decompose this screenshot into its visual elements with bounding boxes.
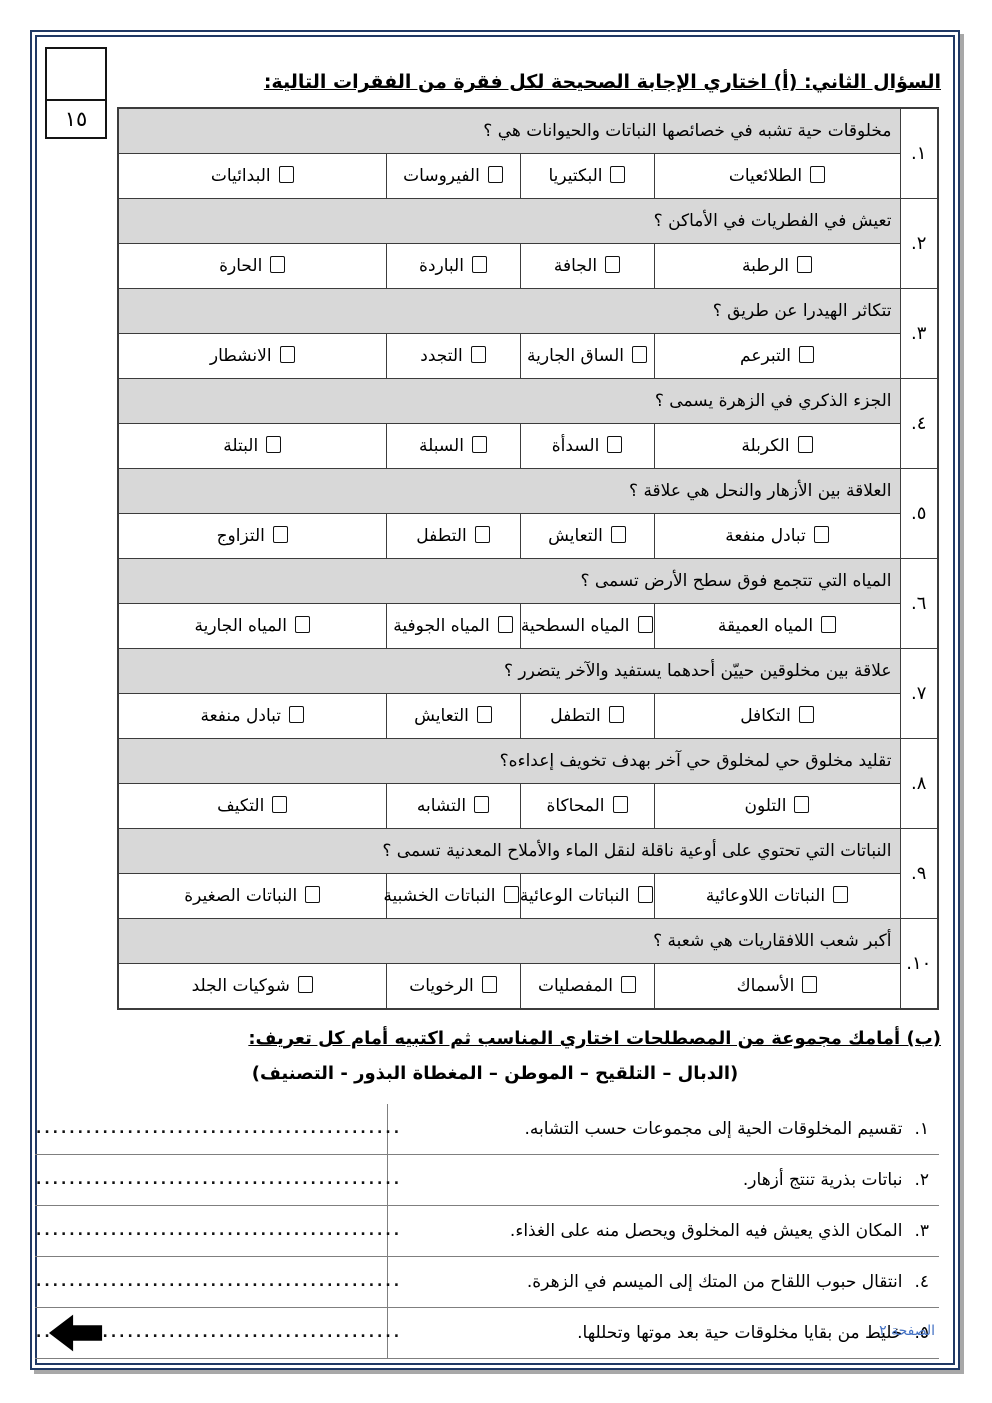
option-cell: المياه الجارية bbox=[118, 604, 386, 649]
score-cell-empty bbox=[45, 47, 107, 101]
option-cell: الجافة bbox=[520, 244, 654, 289]
option-checkbox[interactable] bbox=[272, 796, 287, 813]
question-text: العلاقة بين الأزهار والنحل هي علاقة ؟ bbox=[118, 469, 900, 514]
option-checkbox[interactable] bbox=[273, 526, 288, 543]
option-label: الأسماك bbox=[737, 976, 795, 996]
option-label: البتلة bbox=[223, 436, 258, 456]
option-checkbox[interactable] bbox=[498, 616, 513, 633]
option-cell: التكيف bbox=[118, 784, 386, 829]
option-cell: المياه العميقة bbox=[654, 604, 900, 649]
option-cell: الأسماك bbox=[654, 964, 900, 1010]
option-label: الفيروسات bbox=[403, 166, 480, 186]
option-checkbox[interactable] bbox=[833, 886, 848, 903]
option-cell: شوكيات الجلد bbox=[118, 964, 386, 1010]
question-number: ٦. bbox=[900, 559, 938, 649]
option-cell: التكافل bbox=[654, 694, 900, 739]
option-cell: تبادل منفعة bbox=[118, 694, 386, 739]
option-cell: التعايش bbox=[386, 694, 520, 739]
option-cell: تبادل منفعة bbox=[654, 514, 900, 559]
option-label: المياه السطحية bbox=[521, 616, 630, 636]
option-label: التعايش bbox=[548, 526, 603, 546]
question-text: النباتات التي تحتوي على أوعية ناقلة لنقل… bbox=[118, 829, 900, 874]
option-cell: الكربلة bbox=[654, 424, 900, 469]
exam-page: ١٥ السؤال الثاني: (أ) اختاري الإجابة الص… bbox=[0, 0, 992, 1403]
section-b-title: (ب) أمامك مجموعة من المصطلحات اختاري الم… bbox=[49, 1028, 941, 1049]
option-cell: الانشطار bbox=[118, 334, 386, 379]
option-label: الكربلة bbox=[741, 436, 789, 456]
answer-line[interactable]: ........................................… bbox=[35, 1206, 388, 1257]
option-checkbox[interactable] bbox=[797, 256, 812, 273]
definition-cell: ٣.المكان الذي يعيش فيه المخلوق ويحصل منه… bbox=[388, 1206, 940, 1257]
score-box: ١٥ bbox=[45, 47, 107, 139]
definition-cell: ٢.نباتات بذرية تنتج أزهار. bbox=[388, 1155, 940, 1206]
option-label: الانشطار bbox=[210, 346, 272, 366]
question-number: ٥. bbox=[900, 469, 938, 559]
option-label: السدأة bbox=[552, 436, 600, 456]
option-checkbox[interactable] bbox=[295, 616, 310, 633]
option-cell: التلون bbox=[654, 784, 900, 829]
option-label: التطفل bbox=[416, 526, 466, 546]
option-label: شوكيات الجلد bbox=[192, 976, 290, 996]
question-number: ٤. bbox=[900, 379, 938, 469]
option-cell: التجدد bbox=[386, 334, 520, 379]
option-checkbox[interactable] bbox=[280, 346, 295, 363]
question-text: تتكاثر الهيدرا عن طريق ؟ bbox=[118, 289, 900, 334]
definition-number: ١. bbox=[914, 1119, 929, 1139]
page-frame: ١٥ السؤال الثاني: (أ) اختاري الإجابة الص… bbox=[30, 30, 960, 1370]
option-cell: التطفل bbox=[520, 694, 654, 739]
definition-cell: ١.تقسيم المخلوقات الحية إلى مجموعات حسب … bbox=[388, 1104, 940, 1155]
option-cell: النباتات الخشبية bbox=[386, 874, 520, 919]
option-checkbox[interactable] bbox=[605, 256, 620, 273]
option-checkbox[interactable] bbox=[477, 706, 492, 723]
page-content: ١٥ السؤال الثاني: (أ) اختاري الإجابة الص… bbox=[37, 37, 953, 1363]
option-label: البدائيات bbox=[211, 166, 271, 186]
definition-text: انتقال حبوب اللقاح من المتك إلى الميسم ف… bbox=[527, 1272, 903, 1292]
option-label: المحاكاة bbox=[546, 796, 604, 816]
definition-number: ٢. bbox=[914, 1170, 929, 1190]
definition-number: ٣. bbox=[914, 1221, 929, 1241]
option-cell: البدائيات bbox=[118, 154, 386, 199]
option-cell: الفيروسات bbox=[386, 154, 520, 199]
question-number: ٢. bbox=[900, 199, 938, 289]
question-number: ٩. bbox=[900, 829, 938, 919]
option-checkbox[interactable] bbox=[305, 886, 320, 903]
option-checkbox[interactable] bbox=[279, 166, 294, 183]
option-label: التشابه bbox=[417, 796, 466, 816]
option-checkbox[interactable] bbox=[609, 706, 624, 723]
option-label: النباتات الوعائية bbox=[520, 886, 630, 906]
option-checkbox[interactable] bbox=[475, 526, 490, 543]
option-checkbox[interactable] bbox=[298, 976, 313, 993]
score-cell-total: ١٥ bbox=[45, 101, 107, 139]
option-cell: المحاكاة bbox=[520, 784, 654, 829]
option-cell: التشابه bbox=[386, 784, 520, 829]
option-label: الرخويات bbox=[409, 976, 474, 996]
option-checkbox[interactable] bbox=[810, 166, 825, 183]
option-cell: النباتات الوعائية bbox=[520, 874, 654, 919]
option-checkbox[interactable] bbox=[611, 526, 626, 543]
question-text: مخلوقات حية تشبه في خصائصها النباتات وال… bbox=[118, 108, 900, 154]
option-checkbox[interactable] bbox=[799, 346, 814, 363]
option-label: التلون bbox=[745, 796, 787, 816]
definition-text: خليط من بقايا مخلوقات حية بعد موتها وتحل… bbox=[577, 1323, 902, 1343]
option-cell: الطلائعيات bbox=[654, 154, 900, 199]
option-checkbox[interactable] bbox=[821, 616, 836, 633]
option-cell: التزاوج bbox=[118, 514, 386, 559]
definition-text: نباتات بذرية تنتج أزهار. bbox=[743, 1170, 903, 1190]
answer-line[interactable]: ........................................… bbox=[35, 1104, 388, 1155]
option-label: المفصليات bbox=[538, 976, 613, 996]
option-label: تبادل منفعة bbox=[725, 526, 806, 546]
option-label: تبادل منفعة bbox=[200, 706, 281, 726]
option-label: المياه الجارية bbox=[195, 616, 287, 636]
option-checkbox[interactable] bbox=[798, 436, 813, 453]
question-number: ١. bbox=[900, 108, 938, 199]
answer-line[interactable]: ........................................… bbox=[35, 1155, 388, 1206]
option-checkbox[interactable] bbox=[472, 256, 487, 273]
option-cell: التطفل bbox=[386, 514, 520, 559]
answer-line[interactable]: ........................................… bbox=[35, 1257, 388, 1308]
option-label: الرطبة bbox=[742, 256, 789, 276]
option-cell: التعايش bbox=[520, 514, 654, 559]
option-cell: السدأة bbox=[520, 424, 654, 469]
option-checkbox[interactable] bbox=[472, 436, 487, 453]
arrow-left-icon[interactable] bbox=[47, 1311, 105, 1355]
definition-number: ٤. bbox=[914, 1272, 929, 1292]
option-cell: المفصليات bbox=[520, 964, 654, 1010]
option-checkbox[interactable] bbox=[482, 976, 497, 993]
option-cell: النباتات الصغيرة bbox=[118, 874, 386, 919]
question-text: تقليد مخلوق حي لمخلوق حي آخر بهدف تخويف … bbox=[118, 739, 900, 784]
option-label: التبرعم bbox=[740, 346, 791, 366]
option-cell: الرطبة bbox=[654, 244, 900, 289]
section-a-title: السؤال الثاني: (أ) اختاري الإجابة الصحيح… bbox=[49, 71, 941, 93]
option-label: التزاوج bbox=[217, 526, 265, 546]
option-label: الحارة bbox=[219, 256, 262, 276]
option-label: التعايش bbox=[414, 706, 469, 726]
question-text: المياه التي تتجمع فوق سطح الأرض تسمى ؟ bbox=[118, 559, 900, 604]
option-label: النباتات الصغيرة bbox=[184, 886, 297, 906]
mcq-table: ١.مخلوقات حية تشبه في خصائصها النباتات و… bbox=[117, 107, 939, 1010]
option-checkbox[interactable] bbox=[621, 976, 636, 993]
option-cell: النباتات اللاوعائية bbox=[654, 874, 900, 919]
question-number: ١٠. bbox=[900, 919, 938, 1010]
definition-cell: ٤.انتقال حبوب اللقاح من المتك إلى الميسم… bbox=[388, 1257, 940, 1308]
question-number: ٨. bbox=[900, 739, 938, 829]
option-label: الساق الجارية bbox=[527, 346, 624, 366]
option-checkbox[interactable] bbox=[799, 706, 814, 723]
option-checkbox[interactable] bbox=[613, 796, 628, 813]
option-label: الجافة bbox=[554, 256, 597, 276]
option-checkbox[interactable] bbox=[488, 166, 503, 183]
option-checkbox[interactable] bbox=[504, 886, 519, 903]
option-label: المياه الجوفية bbox=[393, 616, 489, 636]
definition-cell: ٥.خليط من بقايا مخلوقات حية بعد موتها وت… bbox=[388, 1308, 940, 1359]
option-checkbox[interactable] bbox=[289, 706, 304, 723]
option-checkbox[interactable] bbox=[638, 886, 653, 903]
option-cell: المياه السطحية bbox=[520, 604, 654, 649]
option-checkbox[interactable] bbox=[794, 796, 809, 813]
option-cell: البتلة bbox=[118, 424, 386, 469]
option-checkbox[interactable] bbox=[632, 346, 647, 363]
definition-text: تقسيم المخلوقات الحية إلى مجموعات حسب ال… bbox=[524, 1119, 902, 1139]
option-checkbox[interactable] bbox=[266, 436, 281, 453]
option-cell: السبلة bbox=[386, 424, 520, 469]
option-cell: الباردة bbox=[386, 244, 520, 289]
option-checkbox[interactable] bbox=[814, 526, 829, 543]
option-cell: المياه الجوفية bbox=[386, 604, 520, 649]
word-bank: (الدبال – التلقيح – الموطن – المغطاة الب… bbox=[49, 1063, 941, 1084]
option-cell: البكتيريا bbox=[520, 154, 654, 199]
option-cell: الساق الجارية bbox=[520, 334, 654, 379]
option-label: الباردة bbox=[419, 256, 464, 276]
definition-text: المكان الذي يعيش فيه المخلوق ويحصل منه ع… bbox=[510, 1221, 903, 1241]
question-number: ٧. bbox=[900, 649, 938, 739]
option-checkbox[interactable] bbox=[638, 616, 653, 633]
option-label: التجدد bbox=[420, 346, 463, 366]
page-number-label: الصفحة ٢ bbox=[879, 1323, 935, 1339]
option-label: السبلة bbox=[419, 436, 464, 456]
option-cell: الرخويات bbox=[386, 964, 520, 1010]
option-checkbox[interactable] bbox=[607, 436, 622, 453]
option-label: الطلائعيات bbox=[729, 166, 802, 186]
option-checkbox[interactable] bbox=[610, 166, 625, 183]
option-checkbox[interactable] bbox=[471, 346, 486, 363]
option-label: البكتيريا bbox=[549, 166, 603, 186]
option-label: النباتات الخشبية bbox=[383, 886, 495, 906]
option-label: النباتات اللاوعائية bbox=[706, 886, 825, 906]
option-label: المياه العميقة bbox=[718, 616, 813, 636]
option-cell: التبرعم bbox=[654, 334, 900, 379]
option-label: التكافل bbox=[740, 706, 791, 726]
question-text: أكبر شعب اللافقاريات هي شعبة ؟ bbox=[118, 919, 900, 964]
option-checkbox[interactable] bbox=[270, 256, 285, 273]
option-checkbox[interactable] bbox=[802, 976, 817, 993]
question-number: ٣. bbox=[900, 289, 938, 379]
question-text: علاقة بين مخلوقين حييّن أحدهما يستفيد وا… bbox=[118, 649, 900, 694]
option-label: التطفل bbox=[550, 706, 600, 726]
question-text: تعيش في الفطريات في الأماكن ؟ bbox=[118, 199, 900, 244]
option-cell: الحارة bbox=[118, 244, 386, 289]
option-checkbox[interactable] bbox=[474, 796, 489, 813]
question-text: الجزء الذكري في الزهرة يسمى ؟ bbox=[118, 379, 900, 424]
definitions-table: ١.تقسيم المخلوقات الحية إلى مجموعات حسب … bbox=[35, 1104, 939, 1359]
option-label: التكيف bbox=[217, 796, 264, 816]
